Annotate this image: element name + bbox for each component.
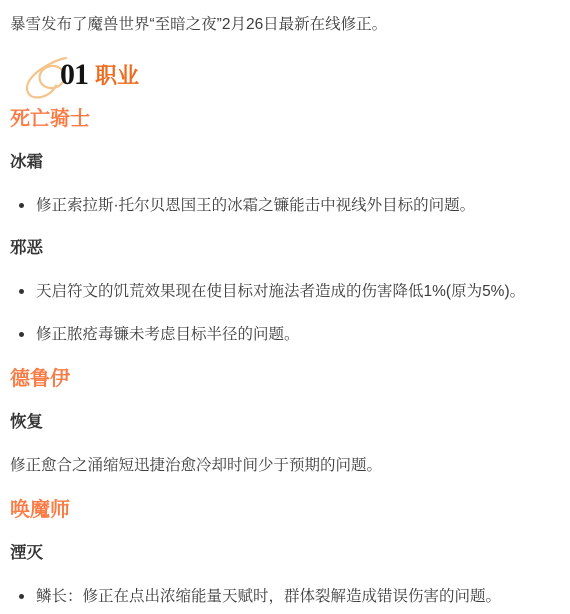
patch-note-text: 鳞长：修正在点出浓缩能量天赋时，群体裂解造成错误伤害的问题。 xyxy=(36,588,501,605)
bullet-dot-icon xyxy=(19,594,24,599)
patch-note: 鳞长：修正在点出浓缩能量天赋时，群体裂解造成错误伤害的问题。 xyxy=(10,588,560,605)
patch-note: 修正愈合之涌缩短迅捷治愈冷却时间少于预期的问题。 xyxy=(10,457,560,474)
spec-heading-restoration: 恢复 xyxy=(10,414,560,431)
bullet-dot-icon xyxy=(19,289,24,294)
class-heading-druid: 德鲁伊 xyxy=(10,369,560,389)
bullet-dot-icon xyxy=(19,332,24,337)
class-heading-death-knight: 死亡骑士 xyxy=(10,109,560,129)
spec-heading-devastation: 湮灭 xyxy=(10,545,560,562)
class-heading-evoker: 唤魔师 xyxy=(10,500,560,520)
patch-note-text: 天启符文的饥荒效果现在使目标对施法者造成的伤害降低1%(原为5%)。 xyxy=(36,283,525,300)
spec-heading-frost: 冰霜 xyxy=(10,154,560,171)
section-title: 职业 xyxy=(95,64,139,88)
section-header: 01 职业 xyxy=(10,57,560,99)
patch-note: 天启符文的饥荒效果现在使目标对施法者造成的伤害降低1%(原为5%)。 xyxy=(10,283,560,300)
patch-note: 修正脓疮毒镰未考虑目标半径的问题。 xyxy=(10,326,560,343)
patch-note-text: 修正索拉斯·托尔贝恩国王的冰霜之镰能击中视线外目标的问题。 xyxy=(36,197,475,214)
section-number: 01 xyxy=(60,58,88,92)
spec-heading-unholy: 邪恶 xyxy=(10,240,560,257)
intro-paragraph: 暴雪发布了魔兽世界“至暗之夜”2月26日最新在线修正。 xyxy=(10,16,560,33)
patch-note-text: 修正脓疮毒镰未考虑目标半径的问题。 xyxy=(36,326,300,343)
patch-note: 修正索拉斯·托尔贝恩国王的冰霜之镰能击中视线外目标的问题。 xyxy=(10,197,560,214)
patch-note-text: 修正愈合之涌缩短迅捷治愈冷却时间少于预期的问题。 xyxy=(10,457,382,474)
bullet-dot-icon xyxy=(19,203,24,208)
article-page: 暴雪发布了魔兽世界“至暗之夜”2月26日最新在线修正。 01 职业 死亡骑士 冰… xyxy=(0,0,570,614)
